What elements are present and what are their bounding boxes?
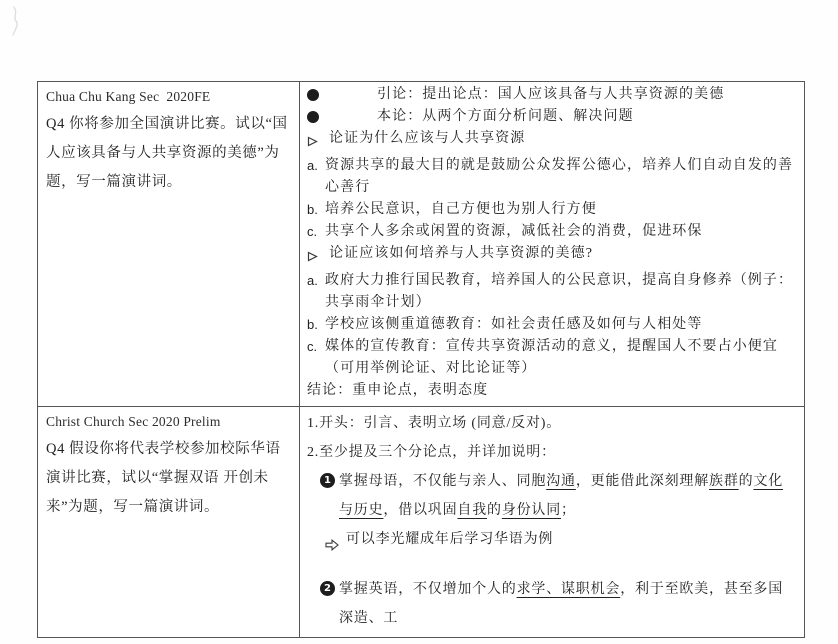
- outline-line: 2掌握英语，不仅增加个人的求学、谋职机会，利于至欧美，甚至多国深造、工: [320, 575, 796, 633]
- outline-text: 结论：重申论点，表明态度: [307, 380, 796, 402]
- outline-text: 论证应该如何培养与人共享资源的美德?: [329, 243, 796, 265]
- question-cell: Christ Church Sec 2020 Prelim Q4 假设你将代表学…: [38, 407, 300, 638]
- school-source-label: Christ Church Sec 2020 Prelim: [46, 412, 291, 432]
- outline-text: 2.至少提及三个分论点，并详加说明：: [307, 438, 796, 467]
- question-text: Q4 你将参加全国演讲比赛。试以“国人应该具备与人共享资源的美德”为题，写一篇演…: [46, 110, 291, 197]
- outline-line: 1掌握母语，不仅能与亲人、同胞沟通，更能借此深刻理解族群的文化与历史，借以巩固自…: [320, 467, 796, 525]
- school-source-label: Chua Chu Kang Sec 2020FE: [46, 87, 291, 107]
- outline-line: 论证为什么应该与人共享资源: [307, 128, 796, 155]
- outline-cell: 引论：提出论点：国人应该具备与人共享资源的美德本论：从两个方面分析问题、解决问题…: [300, 82, 805, 407]
- table-row: Chua Chu Kang Sec 2020FE Q4 你将参加全国演讲比赛。试…: [38, 82, 805, 407]
- arrowhead-icon: [307, 128, 329, 155]
- outline-line: 2.至少提及三个分论点，并详加说明：: [307, 438, 796, 467]
- answer-outline: 引论：提出论点：国人应该具备与人共享资源的美德本论：从两个方面分析问题、解决问题…: [307, 84, 796, 402]
- outline-text: 资源共享的最大目的就是鼓励公众发挥公德心，培养人们自动自发的善心善行: [325, 155, 796, 199]
- question-text: Q4 假设你将代表学校参加校际华语演讲比赛，试以“掌握双语 开创未来”为题，写一…: [46, 435, 291, 522]
- outline-text: 共享个人多余或闲置的资源，减低社会的消费，促进环保: [325, 221, 796, 243]
- outline-line: 引论：提出论点：国人应该具备与人共享资源的美德: [307, 84, 796, 106]
- question-cell: Chua Chu Kang Sec 2020FE Q4 你将参加全国演讲比赛。试…: [38, 82, 300, 407]
- outline-text: 1.开头：引言、表明立场 (同意/反对)。: [307, 409, 796, 438]
- circled-number-icon: 2: [320, 575, 339, 596]
- arrow-right-icon: [325, 525, 346, 562]
- outline-cell: 1.开头：引言、表明立场 (同意/反对)。2.至少提及三个分论点，并详加说明：1…: [300, 407, 805, 638]
- bullet-icon: [307, 106, 377, 123]
- letter-label: b.: [307, 314, 325, 336]
- outline-line: 本论：从两个方面分析问题、解决问题: [307, 106, 796, 128]
- outline-text: 培养公民意识，自己方便也为别人行方便: [325, 199, 796, 221]
- bullet-icon: [307, 84, 377, 101]
- outline-line: b.学校应该侧重道德教育：如社会责任感及如何与人相处等: [307, 314, 796, 336]
- outline-text: 学校应该侧重道德教育：如社会责任感及如何与人相处等: [325, 314, 796, 336]
- outline-text: 引论：提出论点：国人应该具备与人共享资源的美德: [377, 84, 796, 106]
- outline-line: a.资源共享的最大目的就是鼓励公众发挥公德心，培养人们自动自发的善心善行: [307, 155, 796, 199]
- outline-line: 1.开头：引言、表明立场 (同意/反对)。: [307, 409, 796, 438]
- outline-text: 论证为什么应该与人共享资源: [329, 128, 796, 150]
- letter-label: c.: [307, 221, 325, 243]
- exam-question-table: Chua Chu Kang Sec 2020FE Q4 你将参加全国演讲比赛。试…: [37, 81, 805, 638]
- outline-text: 本论：从两个方面分析问题、解决问题: [377, 106, 796, 128]
- outline-line: 可以李光耀成年后学习华语为例: [325, 525, 796, 562]
- arrowhead-icon: [307, 243, 329, 270]
- outline-line: c.共享个人多余或闲置的资源，减低社会的消费，促进环保: [307, 221, 796, 243]
- outline-line: b.培养公民意识，自己方便也为别人行方便: [307, 199, 796, 221]
- outline-line: 结论：重申论点，表明态度: [307, 380, 796, 402]
- scanned-document-page: Chua Chu Kang Sec 2020FE Q4 你将参加全国演讲比赛。试…: [0, 0, 838, 644]
- letter-label: a.: [307, 270, 325, 292]
- outline-text: 媒体的宣传教育：宣传共享资源活动的意义，提醒国人不要占小便宜（可用举例论证、对比…: [325, 336, 796, 380]
- table-row: Christ Church Sec 2020 Prelim Q4 假设你将代表学…: [38, 407, 805, 638]
- outline-spacer: [307, 562, 796, 575]
- pencil-mark: [6, 4, 28, 40]
- circled-number-icon: 1: [320, 467, 339, 488]
- outline-text: 掌握英语，不仅增加个人的求学、谋职机会，利于至欧美，甚至多国深造、工: [339, 575, 796, 633]
- letter-label: b.: [307, 199, 325, 221]
- outline-text: 可以李光耀成年后学习华语为例: [346, 525, 796, 554]
- outline-text: 掌握母语，不仅能与亲人、同胞沟通，更能借此深刻理解族群的文化与历史，借以巩固自我…: [339, 467, 796, 525]
- outline-text: 政府大力推行国民教育，培养国人的公民意识，提高自身修养（例子：共享雨伞计划）: [325, 270, 796, 314]
- letter-label: c.: [307, 336, 325, 358]
- outline-line: c.媒体的宣传教育：宣传共享资源活动的意义，提醒国人不要占小便宜（可用举例论证、…: [307, 336, 796, 380]
- outline-line: 论证应该如何培养与人共享资源的美德?: [307, 243, 796, 270]
- letter-label: a.: [307, 155, 325, 177]
- answer-outline: 1.开头：引言、表明立场 (同意/反对)。2.至少提及三个分论点，并详加说明：1…: [307, 409, 796, 633]
- outline-line: a.政府大力推行国民教育，培养国人的公民意识，提高自身修养（例子：共享雨伞计划）: [307, 270, 796, 314]
